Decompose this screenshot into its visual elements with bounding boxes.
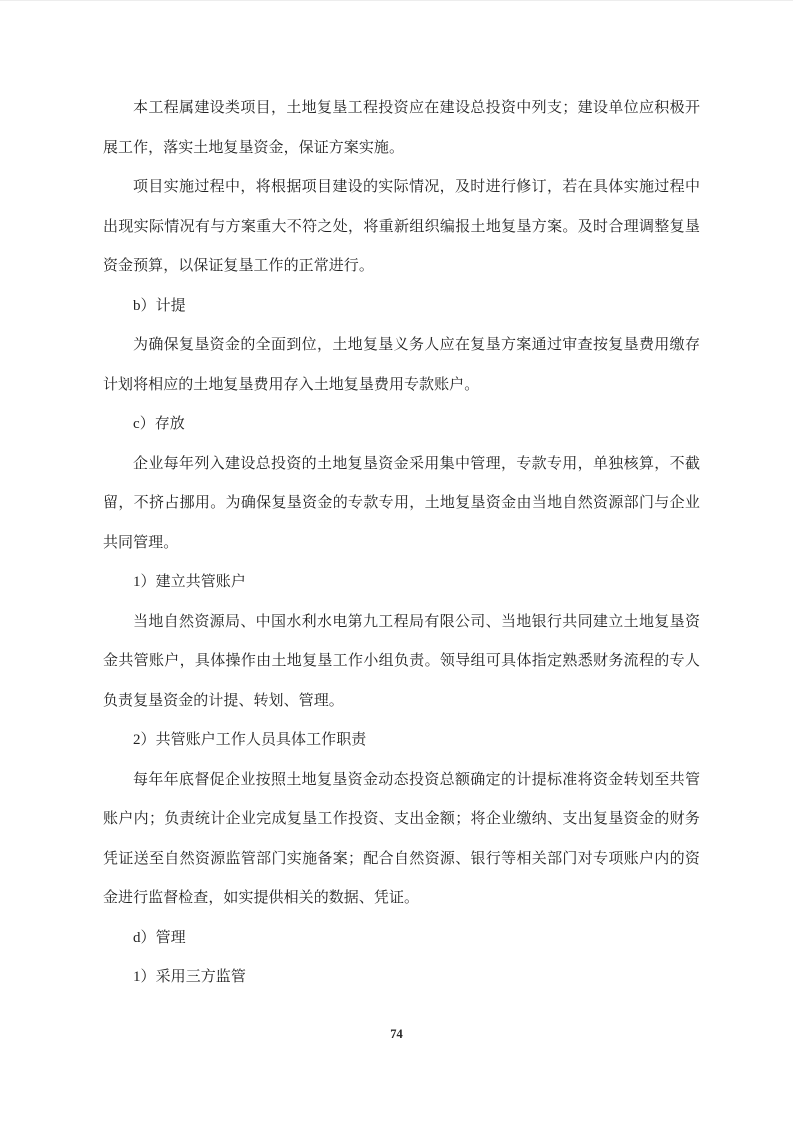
text-line: 计划将相应的土地复垦费用存入土地复垦费用专款账户。 [103,366,700,406]
text-line: 负责复垦资金的计提、转划、管理。 [103,682,700,722]
body-paragraph: 为确保复垦资金的全面到位，土地复垦义务人应在复垦方案通过审查按复垦费用缴存计划将… [103,326,700,405]
text-line: 每年年底督促企业按照土地复垦资金动态投资总额确定的计提标准将资金转划至共管 [103,761,700,801]
body-paragraph: 当地自然资源局、中国水利水电第九工程局有限公司、当地银行共同建立土地复垦资金共管… [103,603,700,722]
body-paragraph: 企业每年列入建设总投资的土地复垦资金采用集中管理，专款专用，单独核算，不截留，不… [103,445,700,564]
text-line: 项目实施过程中，将根据项目建设的实际情况，及时进行修订，若在具体实施过程中 [103,168,700,208]
text-line: 本工程属建设类项目，土地复垦工程投资应在建设总投资中列支；建设单位应积极开 [103,89,700,129]
text-line: 资金预算，以保证复垦工作的正常进行。 [103,247,700,287]
text-line: 账户内；负责统计企业完成复垦工作投资、支出金额；将企业缴纳、支出复垦资金的财务 [103,800,700,840]
text-line: 展工作，落实土地复垦资金，保证方案实施。 [103,129,700,169]
body-paragraph: 项目实施过程中，将根据项目建设的实际情况，及时进行修订，若在具体实施过程中出现实… [103,168,700,287]
body-paragraph: 本工程属建设类项目，土地复垦工程投资应在建设总投资中列支；建设单位应积极开展工作… [103,89,700,168]
text-line: d）管理 [103,919,700,959]
text-line: 金共管账户，具体操作由土地复垦工作小组负责。领导组可具体指定熟悉财务流程的专人 [103,642,700,682]
heading-paragraph: 1）建立共管账户 [103,563,700,603]
heading-paragraph: d）管理 [103,919,700,959]
heading-paragraph: b）计提 [103,287,700,327]
document-body: 本工程属建设类项目，土地复垦工程投资应在建设总投资中列支；建设单位应积极开展工作… [103,89,700,998]
page-number: 74 [0,1027,793,1042]
document-page: 本工程属建设类项目，土地复垦工程投资应在建设总投资中列支；建设单位应积极开展工作… [0,0,793,1121]
heading-paragraph: 2）共管账户工作人员具体工作职责 [103,721,700,761]
text-line: 金进行监督检查，如实提供相关的数据、凭证。 [103,879,700,919]
text-line: 出现实际情况有与方案重大不符之处，将重新组织编报土地复垦方案。及时合理调整复垦 [103,208,700,248]
text-line: 凭证送至自然资源监管部门实施备案；配合自然资源、银行等相关部门对专项账户内的资 [103,840,700,880]
text-line: b）计提 [103,287,700,327]
text-line: 为确保复垦资金的全面到位，土地复垦义务人应在复垦方案通过审查按复垦费用缴存 [103,326,700,366]
text-line: 1）建立共管账户 [103,563,700,603]
text-line: 企业每年列入建设总投资的土地复垦资金采用集中管理，专款专用，单独核算，不截 [103,445,700,485]
text-line: 当地自然资源局、中国水利水电第九工程局有限公司、当地银行共同建立土地复垦资 [103,603,700,643]
text-line: 留，不挤占挪用。为确保复垦资金的专款专用，土地复垦资金由当地自然资源部门与企业 [103,484,700,524]
text-line: 2）共管账户工作人员具体工作职责 [103,721,700,761]
heading-paragraph: c）存放 [103,405,700,445]
heading-paragraph: 1）采用三方监管 [103,958,700,998]
text-line: 共同管理。 [103,524,700,564]
body-paragraph: 每年年底督促企业按照土地复垦资金动态投资总额确定的计提标准将资金转划至共管账户内… [103,761,700,919]
text-line: 1）采用三方监管 [103,958,700,998]
text-line: c）存放 [103,405,700,445]
